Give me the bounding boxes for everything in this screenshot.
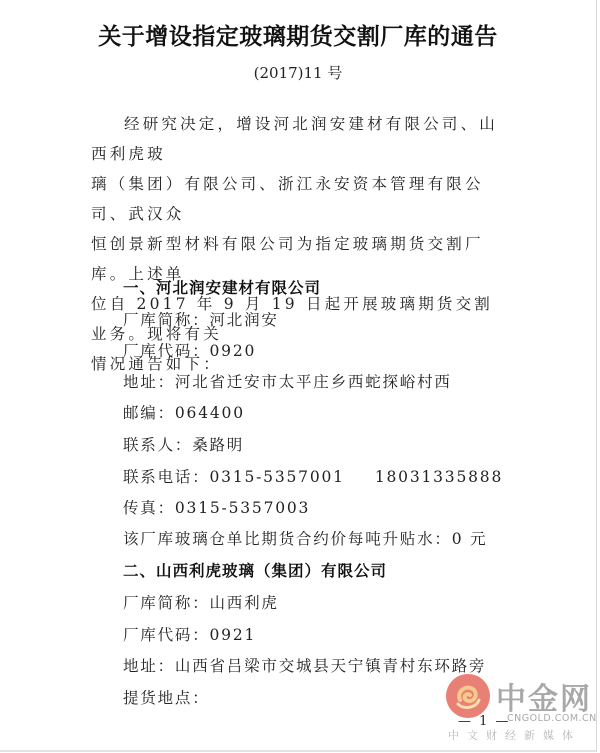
warehouse-pickup: 提货地点： bbox=[123, 686, 210, 708]
warehouse-phone: 联系电话：0315-535700118031335888 bbox=[123, 465, 503, 487]
warehouse-postcode: 邮编：064400 bbox=[123, 401, 245, 423]
cngold-logo-icon bbox=[446, 674, 490, 718]
section-heading-1: 一、河北润安建材有限公司 bbox=[123, 276, 321, 298]
document-title: 关于增设指定玻璃期货交割厂库的通告 bbox=[0, 18, 596, 51]
warehouse-address: 地址：河北省迁安市太平庄乡西蛇探峪村西 bbox=[123, 370, 452, 392]
intro-line: 璃（集团）有限公司、浙江永安资本管理有限公司、武汉众 bbox=[91, 169, 511, 229]
document-page: 关于增设指定玻璃期货交割厂库的通告 (2017)11 号 经研究决定，增设河北润… bbox=[0, 0, 597, 752]
watermark: 中金网 CNGOLD.COM.CN 中文财经新媒体 bbox=[440, 672, 600, 750]
warehouse-code: 厂库代码：0920 bbox=[123, 339, 256, 361]
warehouse-code: 厂库代码：0921 bbox=[123, 623, 256, 645]
document-number: (2017)11 号 bbox=[0, 62, 596, 83]
watermark-tagline: 中文财经新媒体 bbox=[448, 727, 581, 743]
warehouse-premium: 该厂库玻璃仓单比期货合约价每吨升贴水：0 元 bbox=[123, 527, 487, 549]
warehouse-contact: 联系人：桑路明 bbox=[123, 433, 244, 455]
warehouse-fax: 传真：0315-5357003 bbox=[123, 496, 310, 518]
intro-line: 经研究决定，增设河北润安建材有限公司、山西利虎玻 bbox=[91, 109, 511, 169]
warehouse-short-name: 厂库简称：河北润安 bbox=[123, 308, 279, 330]
warehouse-address: 地址：山西省吕梁市交城县天宁镇青村东环路旁 bbox=[123, 654, 486, 676]
watermark-domain: CNGOLD.COM.CN bbox=[507, 713, 597, 724]
warehouse-short-name: 厂库简称：山西利虎 bbox=[123, 591, 279, 613]
warehouse-mobile: 18031335888 bbox=[375, 468, 503, 486]
watermark-name: 中金网 bbox=[496, 674, 592, 718]
section-heading-2: 二、山西利虎玻璃（集团）有限公司 bbox=[123, 559, 387, 581]
